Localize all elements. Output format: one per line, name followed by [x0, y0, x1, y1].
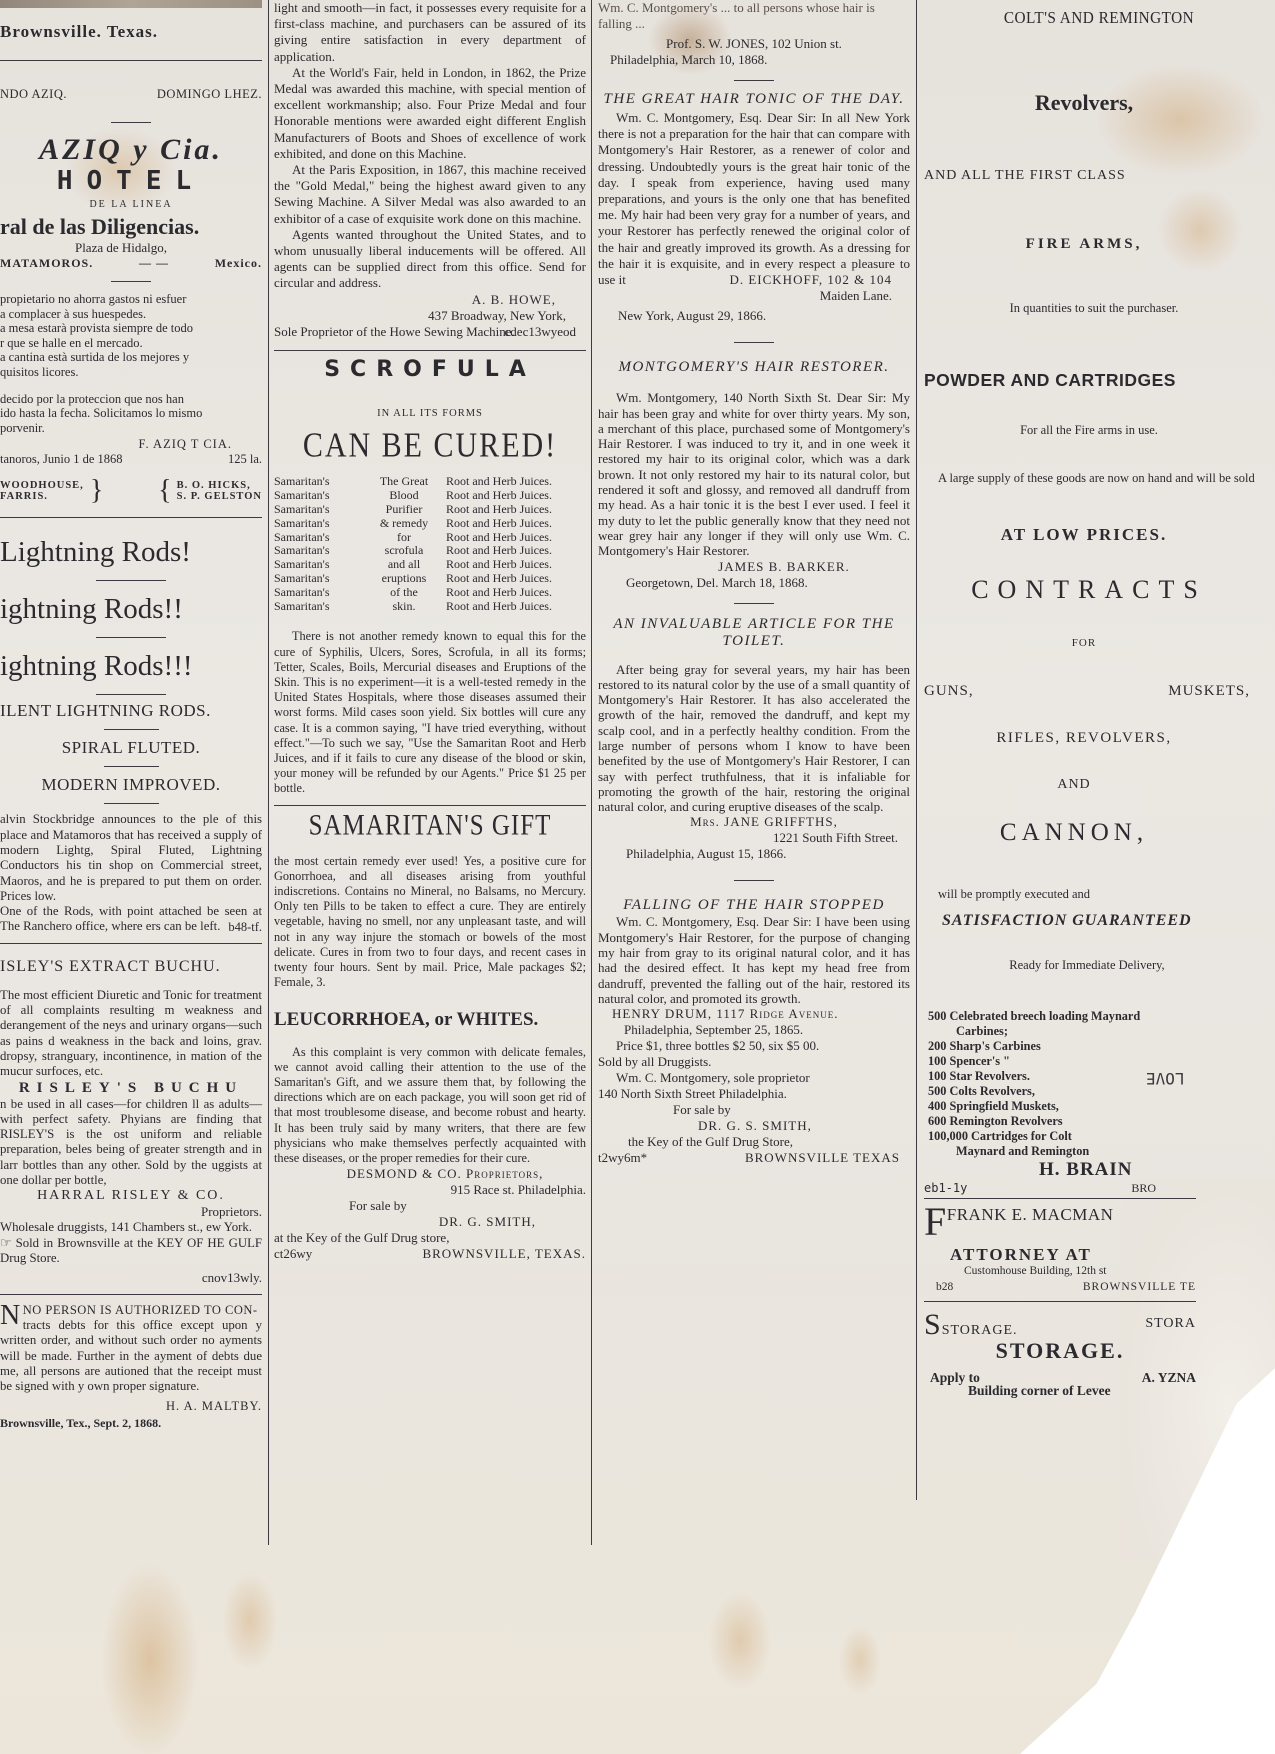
hotel-firm-name: AZIQ y Cia. [0, 133, 262, 167]
body: Wm. C. Montgomery, Esq. Dear Sir: In all… [598, 110, 910, 288]
column-2: light and smooth—in fact, it possesses e… [274, 0, 586, 1262]
ad-title: SAMARITAN'S GIFT [274, 809, 586, 843]
hotel-country: Mexico. [215, 256, 262, 271]
table-cell: scrofula [366, 544, 442, 558]
signature-2: BRO [1131, 1181, 1156, 1196]
table-cell: for [366, 531, 442, 545]
subheadline: MODERN IMPROVED. [0, 775, 262, 795]
table-cell: Root and Herb Juices. [446, 544, 586, 558]
arms-line: Ready for Immediate Delivery, [924, 958, 1274, 973]
arms-line: In quantities to suit the purchaser. [924, 301, 1274, 316]
ad-title: AN INVALUABLE ARTICLE FOR THE TOILET. [598, 616, 910, 650]
table-cell: Root and Herb Juices. [446, 600, 586, 614]
inventory-item: Maynard and Remington [928, 1144, 1274, 1159]
inventory-item: 600 Remington Revolvers [928, 1114, 1274, 1129]
samaritan-table: Samaritan'sThe GreatRoot and Herb Juices… [274, 475, 586, 613]
table-cell: Samaritan's [274, 489, 362, 503]
partners: WOODHOUSE, FARRIS. } { B. O. HICKS, S. P… [0, 475, 262, 507]
date: Philadelphia, August 15, 1866. [598, 846, 910, 862]
hotel-title: HOTEL [0, 167, 262, 195]
wholesale: Wholesale druggists, 141 Chambers st., e… [0, 1220, 262, 1235]
hotel-city: MATAMOROS. [0, 256, 93, 271]
buchu-body-2: n be used in all cases—for children ll a… [0, 1097, 262, 1189]
arms-line: CANNON, [924, 819, 1274, 847]
table-cell: & remedy [366, 517, 442, 531]
table-cell: Samaritan's [274, 544, 362, 558]
inventory-item: 200 Sharp's Carbines [928, 1039, 1274, 1054]
masthead-fragment: Brownsville. Texas. [0, 22, 262, 42]
hotel-subtitle: DE LA LINEA [0, 199, 262, 210]
arms-line: A large supply of these goods are now on… [924, 472, 1274, 485]
table-cell: Root and Herb Juices. [446, 531, 586, 545]
hotel-date: tanoros, Junio 1 de 1868 [0, 452, 123, 467]
divider [0, 517, 262, 518]
ad-code: ct26wy [274, 1246, 312, 1262]
body: Wm. C. Montgomery, Esq. Dear Sir: I have… [598, 914, 910, 1006]
company-name: HARRAL RISLEY & CO. [0, 1188, 262, 1204]
price: Price $1, three bottles $2 50, six $5 00… [598, 1038, 910, 1054]
ad-title: ISLEY'S EXTRACT BUCHU. [0, 958, 262, 976]
date: New York, August 29, 1866. [598, 308, 910, 324]
signature: Mrs. JANE GRIFFTHS, [598, 814, 910, 830]
arms-line: will be promptly executed and [924, 887, 1274, 902]
date: Philadelphia, September 25, 1865. [598, 1022, 910, 1038]
notice-body: tracts debts for this office except upon… [0, 1318, 262, 1394]
table-cell: of the [366, 586, 442, 600]
samaritans-gift-ad: SAMARITAN'S GIFT the most certain remedy… [274, 812, 586, 991]
attorney-address: Customhouse Building, 12th st [924, 1265, 1196, 1277]
table-cell: Root and Herb Juices. [446, 489, 586, 503]
hotel-address: Plaza de Hidalgo, [0, 240, 262, 256]
buchu-body: The most efficient Diuretic and Tonic fo… [0, 988, 262, 1080]
divider [924, 1198, 1196, 1199]
arms-line: FIRE ARMS, [924, 236, 1274, 253]
notice-signature: H. A. MALTBY. [0, 1399, 262, 1414]
notice-title: N NO PERSON IS AUTHORIZED TO CON- [0, 1303, 262, 1318]
table-cell: The Great [366, 475, 442, 489]
table-cell: Root and Herb Juices. [446, 572, 586, 586]
table-cell: Samaritan's [274, 503, 362, 517]
table-cell: Blood [366, 489, 442, 503]
subheadline: ILENT LIGHTNING RODS. [0, 701, 262, 721]
notice-date: Brownsville, Tex., Sept. 2, 1868. [0, 1416, 262, 1431]
owner-left: NDO AZIQ. [0, 87, 67, 102]
table-cell: eruptions [366, 572, 442, 586]
leucorrhoea-body: As this complaint is very common with de… [274, 1045, 586, 1167]
ad-title: LEUCORRHOEA, or WHITES. [274, 1009, 586, 1031]
scrofula-body: There is not another remedy known to equ… [274, 629, 586, 796]
inventory-item: 100,000 Cartridges for Colt [928, 1129, 1274, 1144]
signature: D. EICKHOFF, 102 & 104 [598, 272, 910, 288]
torn-masthead-strip [0, 0, 262, 8]
body: Wm. Montgomery, 140 North Sixth St. Dear… [598, 390, 910, 558]
brace-icon: } [90, 475, 104, 507]
inventory-item: 500 Colts Revolvers, [928, 1084, 1274, 1099]
falling-hair-testimonial: FALLING OF THE HAIR STOPPED Wm. C. Montg… [598, 897, 910, 1166]
arms-line: COLT'S AND REMINGTON [942, 8, 1257, 28]
ad-subtitle: RISLEY'S BUCHU [0, 1080, 262, 1097]
table-cell: Root and Herb Juices. [446, 586, 586, 600]
scrofula-ad: SCROFULA IN ALL ITS FORMS CAN BE CURED! … [274, 357, 586, 796]
drop-cap: S [924, 1308, 942, 1341]
address: 915 Race st. Philadelphia. [274, 1182, 586, 1198]
address: 437 Broadway, New York, [274, 308, 586, 324]
column-1: Brownsville. Texas. NDO AZIQ. DOMINGO LH… [0, 0, 262, 1431]
hair-tonic-testimonial: THE GREAT HAIR TONIC OF THE DAY. Wm. C. … [598, 91, 910, 324]
attorney-name: FRANK E. MACMAN [947, 1205, 1114, 1224]
attorney-ad: F FRANK E. MACMAN ATTORNEY AT Customhous… [924, 1205, 1196, 1293]
inventory-item: 400 Springfield Muskets, [928, 1099, 1274, 1114]
ad-title: SCROFULA [274, 357, 586, 382]
address: 140 North Sixth Street Philadelphia. [598, 1086, 910, 1102]
owner-right: DOMINGO LHEZ. [157, 87, 262, 102]
headline: ightning Rods!!! [0, 638, 262, 694]
arms-line: AND ALL THE FIRST CLASS [924, 168, 1274, 184]
ad-headline: CAN BE CURED! [274, 427, 586, 466]
attorney-city: BROWNSVILLE TE [1083, 1281, 1196, 1293]
company: DESMOND & CO. Proprietors, [304, 1166, 586, 1182]
arms-line: GUNS, [924, 683, 974, 700]
arms-line: SATISFACTION GUARANTEED [924, 912, 1274, 930]
newspaper-page: Brownsville. Texas. NDO AZIQ. DOMINGO LH… [0, 0, 1275, 1754]
seller: DR. G. S. SMITH, [598, 1118, 910, 1134]
divider [924, 1301, 1196, 1302]
table-cell: Samaritan's [274, 531, 362, 545]
arms-line: MUSKETS, [1168, 683, 1250, 700]
proprietor: Wm. C. Montgomery, sole proprietor [598, 1070, 910, 1086]
column-divider [268, 0, 269, 1545]
headline: Lightning Rods! [0, 524, 262, 580]
leucorrhoea-ad: LEUCORRHOEA, or WHITES. As this complain… [274, 1009, 586, 1263]
hotel-ad: NDO AZIQ. DOMINGO LHEZ. AZIQ y Cia. HOTE… [0, 87, 262, 467]
ad-code: b28 [936, 1281, 953, 1293]
torn-fragment: Wm. C. Montgomery's ... to all persons w… [598, 0, 910, 36]
inventory-item: 100 Star Revolvers. [928, 1069, 1274, 1084]
table-cell: Samaritan's [274, 600, 362, 614]
for-sale: For sale by [598, 1102, 910, 1118]
table-cell: Root and Herb Juices. [446, 517, 586, 531]
store: the Key of the Gulf Drug Store, [598, 1134, 910, 1150]
table-cell: skin. [366, 600, 442, 614]
dash: — — [139, 256, 169, 271]
inventory-list: 500 Celebrated breech loading Maynard Ca… [928, 1009, 1274, 1159]
toilet-article-testimonial: AN INVALUABLE ARTICLE FOR THE TOILET. Af… [598, 616, 910, 863]
table-cell: Samaritan's [274, 517, 362, 531]
lightning-rods-ad: Lightning Rods! ightning Rods!! ightning… [0, 524, 262, 934]
arms-line: CONTRACTS [924, 575, 1274, 605]
sold-by: Sold by all Druggists. [598, 1054, 910, 1070]
divider [111, 281, 151, 282]
city: BROWNSVILLE, TEXAS. [422, 1246, 586, 1262]
hotel-signature: F. AZIQ T CIA. [0, 437, 262, 452]
signature: H. BRAIN [924, 1159, 1274, 1181]
arms-line: AND [924, 777, 1274, 793]
signature: HENRY DRUM, 1117 Ridge Avenue. [598, 1006, 910, 1022]
firearms-ad: COLT'S AND REMINGTON Revolvers, AND ALL … [924, 8, 1274, 1196]
ad-title: MONTGOMERY'S HAIR RESTORER. [598, 359, 910, 376]
address: 1221 South Fifth Street. [598, 830, 910, 846]
column-3: Wm. C. Montgomery's ... to all persons w… [598, 0, 910, 1166]
arms-line: AT LOW PRICES. [924, 525, 1274, 545]
arms-line: POWDER AND CARTRIDGES [924, 370, 1274, 391]
ad-code: eb1-1y [924, 1181, 967, 1196]
table-cell: Samaritan's [274, 475, 362, 489]
arms-line: FOR [924, 637, 1274, 649]
jones-testimonial: Wm. C. Montgomery's ... to all persons w… [598, 0, 910, 68]
lightning-body: alvin Stockbridge announces to the ple o… [0, 812, 262, 934]
table-cell: Samaritan's [274, 572, 362, 586]
notice-ad: N NO PERSON IS AUTHORIZED TO CON- tracts… [0, 1303, 262, 1430]
for-sale: For sale by [274, 1198, 586, 1214]
table-cell: Root and Herb Juices. [446, 558, 586, 572]
date: Philadelphia, March 10, 1868. [598, 52, 910, 68]
sold-in: ☞ Sold in Brownsville at the KEY OF HE G… [0, 1236, 262, 1267]
ad-subtitle: IN ALL ITS FORMS [274, 408, 586, 419]
table-cell: Root and Herb Juices. [446, 503, 586, 517]
ad-code: cnov13wly. [0, 1270, 262, 1286]
column-divider [916, 0, 917, 1500]
table-cell: Root and Herb Juices. [446, 475, 586, 489]
subheadline: SPIRAL FLUTED. [0, 738, 262, 758]
column-4: COLT'S AND REMINGTON Revolvers, AND ALL … [924, 0, 1274, 1399]
date: Georgetown, Del. March 18, 1868. [598, 575, 910, 591]
divider [274, 350, 586, 351]
seller: DR. G. SMITH, [274, 1214, 586, 1230]
attorney-title: ATTORNEY AT [924, 1245, 1196, 1265]
drop-cap: F [924, 1205, 947, 1239]
divider [0, 943, 262, 944]
column-divider [591, 0, 592, 1545]
gift-body: the most certain remedy ever used! Yes, … [274, 854, 586, 991]
hotel-body: propietario no ahorra gastos ni esfuer a… [0, 292, 262, 435]
signature: Prof. S. W. JONES, 102 Union st. [598, 36, 910, 52]
howe-sewing-machine-ad: light and smooth—in fact, it possesses e… [274, 0, 586, 340]
table-cell: Samaritan's [274, 586, 362, 600]
storage-ad: SSTORAGE. STORA STORAGE. Apply to A. YZN… [924, 1308, 1196, 1399]
pointing-hand-icon: ☞ [0, 1236, 11, 1250]
brace-icon: { [158, 475, 172, 507]
divider [274, 805, 586, 806]
store: at the Key of the Gulf Drug store, [274, 1230, 586, 1246]
city: BROWNSVILLE TEXAS [745, 1150, 900, 1166]
inventory-item: 100 Spencer's " [928, 1054, 1274, 1069]
storage-label-2: STORA [1145, 1308, 1196, 1342]
buchu-ad: ISLEY'S EXTRACT BUCHU. The most efficien… [0, 958, 262, 1286]
table-cell: Purifier [366, 503, 442, 517]
storage-contact: A. YZNA [1142, 1370, 1196, 1386]
table-cell: Samaritan's [274, 558, 362, 572]
bleedthrough-stamp: LOVE [1146, 1071, 1185, 1086]
address: Maiden Lane. [598, 288, 910, 304]
inventory-item: Carbines; [928, 1024, 1274, 1039]
arms-line: For all the Fire arms in use. [924, 423, 1274, 438]
divider [111, 122, 151, 123]
arms-line: RIFLES, REVOLVERS, [924, 730, 1274, 747]
arms-line: Revolvers, [924, 90, 1274, 116]
signature: JAMES B. BARKER. [598, 559, 910, 575]
table-cell: and all [366, 558, 442, 572]
ad-title: THE GREAT HAIR TONIC OF THE DAY. [598, 91, 910, 108]
ad-code: t2wy6m* [598, 1150, 647, 1166]
storage-label: STORAGE. [942, 1323, 1018, 1338]
hair-restorer-testimonial: MONTGOMERY'S HAIR RESTORER. Wm. Montgome… [598, 359, 910, 590]
ad-title: FALLING OF THE HAIR STOPPED [598, 897, 910, 914]
body: After being gray for several years, my h… [598, 662, 910, 815]
inventory-item: 500 Celebrated breech loading Maynard [928, 1009, 1274, 1024]
hotel-line2: ral de las Diligencias. [0, 214, 262, 240]
proprietors: Proprietors. [0, 1204, 262, 1220]
signature: A. B. HOWE, [274, 292, 586, 308]
hotel-code: 125 la. [228, 452, 262, 467]
headline: ightning Rods!! [0, 581, 262, 637]
divider [0, 1294, 262, 1295]
divider [0, 60, 262, 61]
